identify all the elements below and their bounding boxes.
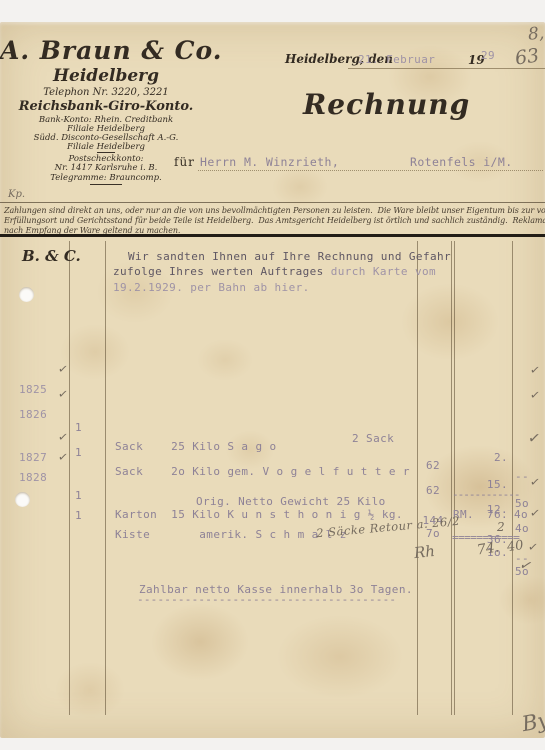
corner-flourish: By xyxy=(520,708,545,736)
table-row: 1827 ✓ 1 Karton 15 Kilo K u n s t h o n … xyxy=(0,432,545,446)
pencil-check-icon: ✓ xyxy=(57,449,69,464)
pencil-check-icon: ✓ xyxy=(57,386,69,401)
pencil-check-icon: ✓ xyxy=(527,428,542,448)
intro-line-1: Wir sandten Ihnen auf Ihre Rechnung und … xyxy=(128,250,451,263)
invoice-scan-page: A. Braun & Co. Heidelberg Telephon Nr. 3… xyxy=(0,0,545,750)
dateline-year-typed: 29 xyxy=(481,49,495,62)
intro-line-2-dark: zufolge Ihres werten Auftrages xyxy=(113,265,331,278)
letterhead-divider-2 xyxy=(90,184,122,185)
letterhead-telephone: Telephon Nr. 3220, 3221 xyxy=(0,87,212,98)
terms-line-1: Zahlungen sind direkt an uns, oder nur a… xyxy=(4,206,544,215)
item-desc: Karton 15 Kilo K u n s t h o n i g ½ kg. xyxy=(115,508,403,521)
recipient-name: Herrn M. Winzrieth, xyxy=(200,155,339,169)
letterhead-giro: Reichsbank-Giro-Konto. xyxy=(0,99,212,114)
handwritten-total-pfennig: 40 xyxy=(506,538,524,555)
pencil-check-icon: ✓ xyxy=(527,539,539,554)
handwritten-corner-note: 8, xyxy=(527,23,545,44)
punch-hole-top xyxy=(19,287,34,302)
handwritten-currency: Rh xyxy=(413,542,436,562)
pencil-check-icon: ✓ xyxy=(529,505,541,520)
pencil-check-icon: ✓ xyxy=(529,387,541,402)
recipient-place: Rotenfels i/M. xyxy=(410,155,513,169)
terms-top-rule xyxy=(0,202,545,203)
item-qty: 1 xyxy=(75,489,82,502)
subtotal-dash-line: ------------ xyxy=(452,488,519,501)
recipient-fuer-label: für xyxy=(174,155,195,169)
header-thick-rule xyxy=(0,234,545,237)
table-row: 1826 ✓ 1 Sack 2o Kilo gem. V o g e l f u… xyxy=(0,389,545,403)
table-row: 1825 ✓ 1 Sack 25 Kilo S a g o 62 15. 5o … xyxy=(0,364,545,378)
table-row: 1828 ✓ 1 Kiste amerik. S c h m a l z xyxy=(0,452,545,466)
dateline-typed-date: 21. Februar xyxy=(358,53,435,66)
pencil-check-icon: ✓ xyxy=(57,429,69,444)
company-city: Heidelberg xyxy=(0,66,212,86)
item-desc: Kiste amerik. S c h m a l z xyxy=(115,528,347,541)
letterhead-bank-line-4: Filiale Heidelberg xyxy=(0,142,212,152)
handwritten-year-note: 63 xyxy=(514,44,541,69)
letterhead-telegram: Telegramme: Brauncomp. xyxy=(0,173,212,183)
recipient-underline xyxy=(198,170,543,171)
pencil-check-icon: ✓ xyxy=(529,474,541,489)
document-title: Rechnung xyxy=(303,88,470,121)
company-name: A. Braun & Co. xyxy=(0,36,212,65)
pencil-check-icon: ✓ xyxy=(57,361,69,376)
total-pfennig: 4o xyxy=(514,508,528,521)
intro-line-2: zufolge Ihres werten Auftrages durch Kar… xyxy=(113,265,436,278)
monogram: B. & C. xyxy=(22,247,81,265)
item-desc: Orig. Netto Gewicht 25 Kilo xyxy=(196,495,386,508)
letterhead-divider-1 xyxy=(97,152,115,153)
payment-terms-underline: -------------------------------------- xyxy=(137,593,396,606)
dateline-underline xyxy=(348,68,545,69)
pencil-check-icon: ✓ xyxy=(529,362,541,377)
intro-line-3: 19.2.1929. per Bahn ab hier. xyxy=(113,281,310,294)
item-qty: 1 xyxy=(75,509,82,522)
intro-line-2-light: durch Karte vom xyxy=(331,265,436,278)
table-row: 2 Sack 2. -- xyxy=(0,413,545,427)
handwritten-total-mark: 74. xyxy=(476,540,500,559)
terms-line-2: Erfüllungsort und Gerichtsstand für beid… xyxy=(4,216,544,225)
handwritten-kp-mark: Kp. xyxy=(8,189,25,200)
